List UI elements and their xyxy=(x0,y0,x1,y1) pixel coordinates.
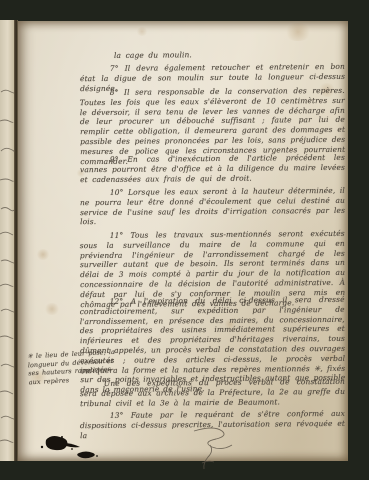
scanned-manuscript: la cage du moulin. 7° Il devra également… xyxy=(0,0,369,480)
paper-stain xyxy=(36,249,50,260)
manuscript-page: la cage du moulin. 7° Il devra également… xyxy=(18,21,348,461)
deposit-paragraph: Une des expéditions du procès verbal de … xyxy=(80,377,345,409)
signature-paraph-icon xyxy=(180,423,240,471)
paper-stain xyxy=(284,23,312,41)
paper-stain xyxy=(136,27,148,36)
article-9: 9° En cas d'inexécution de l'article pré… xyxy=(80,153,345,185)
ink-blot-icon xyxy=(36,431,116,465)
margin-note: ✳ le lieu de leur pose, la longueur du d… xyxy=(27,348,119,387)
opening-line: la cage du moulin. xyxy=(114,49,324,61)
paper-stain xyxy=(44,303,60,315)
article-10: 10° Lorsque les eaux seront à la hauteur… xyxy=(80,186,345,227)
